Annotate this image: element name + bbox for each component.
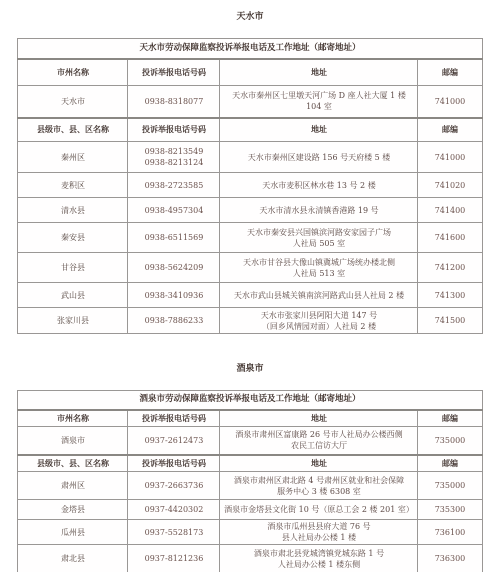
cell-address: 酒泉市肃州区富康路 26 号市人社局办公楼西侧 农民工信访大厅 — [220, 427, 418, 455]
city-header-row: 市州名称 投诉举报电话号码 地址 邮编 — [18, 59, 482, 86]
cell-region-name: 秦安县 — [18, 223, 128, 253]
table-title-row: 天水市劳动保障监察投诉举报电话及工作地址（邮寄地址） — [18, 39, 482, 59]
cell-postcode: 741300 — [418, 283, 482, 308]
cell-address: 天水市秦州区七里墩天河广场 D 座人社大厦 1 楼 104 室 — [220, 86, 418, 118]
column-header-county-name: 县级市、县、区名称 — [18, 455, 128, 472]
column-header-address: 地址 — [220, 59, 418, 86]
column-header-city-name: 市州名称 — [18, 59, 128, 86]
cell-phone: 0938-2723585 — [128, 173, 220, 198]
cell-postcode: 736100 — [418, 520, 482, 545]
cell-address: 酒泉市瓜州县县府大道 76 号 县人社局办公楼 1 楼 — [220, 520, 418, 545]
cell-address: 天水市麦积区林水巷 13 号 2 楼 — [220, 173, 418, 198]
cell-address: 酒泉市肃州区肃北路 4 号肃州区就业和社会保障 服务中心 3 楼 6308 室 — [220, 472, 418, 500]
column-header-postcode: 邮编 — [418, 59, 482, 86]
city-header-row: 市州名称 投诉举报电话号码 地址 邮编 — [18, 410, 482, 427]
county-header-row: 县级市、县、区名称 投诉举报电话号码 地址 邮编 — [18, 118, 482, 142]
cell-address: 天水市张家川县阿阳大道 147 号 （回乡风情园对面）人社局 2 楼 — [220, 308, 418, 334]
cell-phone: 0938-5624209 — [128, 253, 220, 283]
cell-address: 酒泉市肃北县党城湾镇党城东路 1 号 人社局办公楼 1 楼东侧 — [220, 545, 418, 572]
column-header-county-name: 县级市、县、区名称 — [18, 118, 128, 142]
column-header-phone: 投诉举报电话号码 — [128, 410, 220, 427]
column-header-address: 地址 — [220, 455, 418, 472]
cell-postcode: 741500 — [418, 308, 482, 334]
column-header-address: 地址 — [220, 118, 418, 142]
cell-region-name: 肃北县 — [18, 545, 128, 572]
cell-region-name: 张家川县 — [18, 308, 128, 334]
cell-address: 天水市清水县永清镇香港路 19 号 — [220, 198, 418, 223]
cell-region-name: 肃州区 — [18, 472, 128, 500]
column-header-phone: 投诉举报电话号码 — [128, 455, 220, 472]
table-row: 秦州区 0938-8213549 0938-8213124 天水市秦州区建设路 … — [18, 142, 482, 173]
column-header-postcode: 邮编 — [418, 410, 482, 427]
cell-address: 酒泉市金塔县文化街 10 号（原总工会 2 楼 201 室） — [220, 500, 418, 520]
table-title-row: 酒泉市劳动保障监察投诉举报电话及工作地址（邮寄地址） — [18, 391, 482, 410]
table-row: 清水县 0938-4957304 天水市清水县永清镇香港路 19 号 74140… — [18, 198, 482, 223]
column-header-phone: 投诉举报电话号码 — [128, 118, 220, 142]
cell-postcode: 741200 — [418, 253, 482, 283]
table-row-city: 天水市 0938-8318077 天水市秦州区七里墩天河广场 D 座人社大厦 1… — [18, 86, 482, 118]
column-header-postcode: 邮编 — [418, 455, 482, 472]
cell-region-name: 金塔县 — [18, 500, 128, 520]
table-row: 瓜州县 0937-5528173 酒泉市瓜州县县府大道 76 号 县人社局办公楼… — [18, 520, 482, 545]
cell-phone: 0937-2663736 — [128, 472, 220, 500]
cell-region-name: 秦州区 — [18, 142, 128, 173]
table-row: 肃州区 0937-2663736 酒泉市肃州区肃北路 4 号肃州区就业和社会保障… — [18, 472, 482, 500]
table-row: 甘谷县 0938-5624209 天水市甘谷县大像山镇冀城广场统办楼北侧 人社局… — [18, 253, 482, 283]
cell-postcode: 736300 — [418, 545, 482, 572]
jiuquan-contact-table: 酒泉市劳动保障监察投诉举报电话及工作地址（邮寄地址） 市州名称 投诉举报电话号码… — [17, 390, 482, 572]
cell-address: 天水市秦安县兴国镇滨河路安家园子广场 人社局 505 室 — [220, 223, 418, 253]
column-header-address: 地址 — [220, 410, 418, 427]
cell-postcode: 741020 — [418, 173, 482, 198]
cell-phone: 0938-6511569 — [128, 223, 220, 253]
cell-postcode: 741000 — [418, 86, 482, 118]
cell-phone: 0937-5528173 — [128, 520, 220, 545]
cell-region-name: 麦积区 — [18, 173, 128, 198]
cell-region-name: 武山县 — [18, 283, 128, 308]
cell-phone: 0938-3410936 — [128, 283, 220, 308]
county-header-row: 县级市、县、区名称 投诉举报电话号码 地址 邮编 — [18, 455, 482, 472]
table-title: 天水市劳动保障监察投诉举报电话及工作地址（邮寄地址） — [18, 39, 482, 59]
cell-phone: 0937-2612473 — [128, 427, 220, 455]
cell-region-name: 甘谷县 — [18, 253, 128, 283]
cell-phone: 0938-4957304 — [128, 198, 220, 223]
cell-region-name: 清水县 — [18, 198, 128, 223]
column-header-city-name: 市州名称 — [18, 410, 128, 427]
cell-phone: 0937-4420302 — [128, 500, 220, 520]
table-row: 张家川县 0938-7886233 天水市张家川县阿阳大道 147 号 （回乡风… — [18, 308, 482, 334]
document-page: 天水市 天水市劳动保障监察投诉举报电话及工作地址（邮寄地址） 市州名称 投诉举报… — [0, 0, 500, 572]
table-row: 肃北县 0937-8121236 酒泉市肃北县党城湾镇党城东路 1 号 人社局办… — [18, 545, 482, 572]
cell-postcode: 741000 — [418, 142, 482, 173]
table-row: 麦积区 0938-2723585 天水市麦积区林水巷 13 号 2 楼 7410… — [18, 173, 482, 198]
cell-phone: 0938-7886233 — [128, 308, 220, 334]
column-header-postcode: 邮编 — [418, 118, 482, 142]
table-title: 酒泉市劳动保障监察投诉举报电话及工作地址（邮寄地址） — [18, 391, 482, 410]
cell-postcode: 735300 — [418, 500, 482, 520]
cell-postcode: 735000 — [418, 427, 482, 455]
cell-phone: 0938-8318077 — [128, 86, 220, 118]
cell-address: 天水市甘谷县大像山镇冀城广场统办楼北侧 人社局 513 室 — [220, 253, 418, 283]
cell-postcode: 741400 — [418, 198, 482, 223]
cell-region-name: 天水市 — [18, 86, 128, 118]
cell-postcode: 735000 — [418, 472, 482, 500]
cell-region-name: 酒泉市 — [18, 427, 128, 455]
cell-phone: 0938-8213549 0938-8213124 — [128, 142, 220, 173]
column-header-phone: 投诉举报电话号码 — [128, 59, 220, 86]
cell-region-name: 瓜州县 — [18, 520, 128, 545]
tianshui-contact-table: 天水市劳动保障监察投诉举报电话及工作地址（邮寄地址） 市州名称 投诉举报电话号码… — [17, 38, 482, 334]
table-row: 武山县 0938-3410936 天水市武山县城关镇南滨河路武山县人社局 2 楼… — [18, 283, 482, 308]
table-row: 金塔县 0937-4420302 酒泉市金塔县文化街 10 号（原总工会 2 楼… — [18, 500, 482, 520]
cell-postcode: 741600 — [418, 223, 482, 253]
cell-phone: 0937-8121236 — [128, 545, 220, 572]
cell-address: 天水市秦州区建设路 156 号天府楼 5 楼 — [220, 142, 418, 173]
table-row: 秦安县 0938-6511569 天水市秦安县兴国镇滨河路安家园子广场 人社局 … — [18, 223, 482, 253]
cell-address: 天水市武山县城关镇南滨河路武山县人社局 2 楼 — [220, 283, 418, 308]
section-title-tianshui: 天水市 — [0, 11, 500, 23]
section-title-jiuquan: 酒泉市 — [0, 363, 500, 375]
table-row-city: 酒泉市 0937-2612473 酒泉市肃州区富康路 26 号市人社局办公楼西侧… — [18, 427, 482, 455]
